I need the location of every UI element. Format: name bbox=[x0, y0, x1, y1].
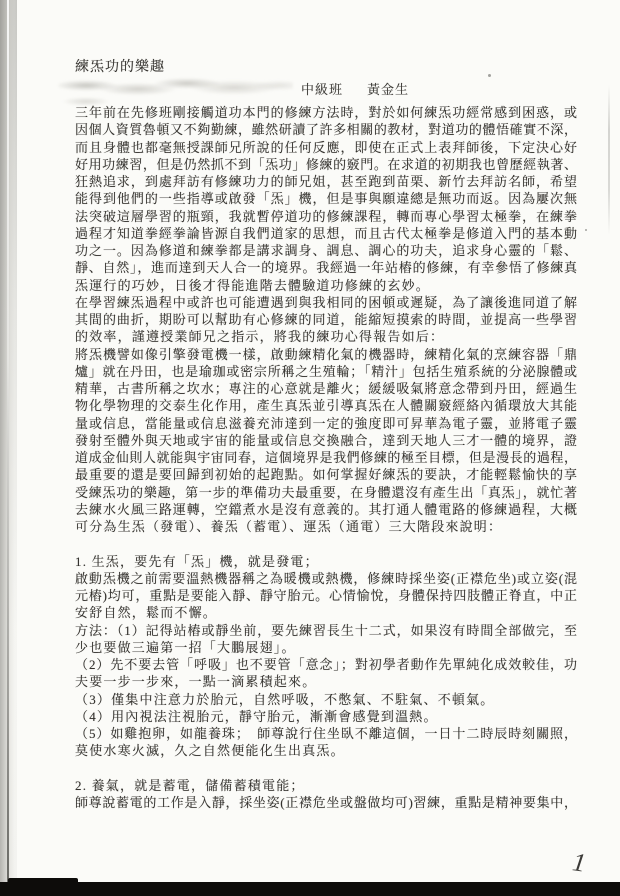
scan-speck bbox=[488, 74, 491, 77]
byline-author: 黃金生 bbox=[367, 79, 409, 98]
body-line: 其間的曲折，期盼可以幫助有心修練的同道，能縮短摸索的時間，並提高一些學習 bbox=[75, 311, 577, 328]
body-line: 去練水火風三路運轉，空鐺煮水是沒有意義的。其打通人體電路的修練過程，大概 bbox=[75, 501, 577, 518]
body-line: 物化學物理的交泰生化作用，產生真炁並引導真炁在人體關竅經絡內循環放大其能 bbox=[75, 397, 577, 414]
scanned-document-page: 練炁功的樂趣 中級班 黃金生 三年前在先修班剛接觸道功本門的修練方法時，對於如何… bbox=[0, 0, 620, 896]
body-line: 師尊說蓄電的工作是入靜，採坐姿(正襟危坐或盤做均可)習練，重點是精神要集中， bbox=[75, 794, 577, 811]
body-line: 莫使水寒火滅，久之自然便能化生出真炁。 bbox=[75, 742, 577, 759]
body-line: 元樁)均可，重點是要能入靜、靜守胎元。心情愉悅，身體保持四肢體正脊直，中正 bbox=[75, 587, 577, 604]
body-line: 精華，古書所稱之坎水；專注的心意就是離火；緩緩吸氣將意念帶到丹田，經過生 bbox=[75, 380, 577, 397]
body-line: 因個人資質魯頓又不夠勤練，雖然研讀了許多相關的教材，對道功的體悟確實不深， bbox=[75, 121, 577, 138]
body-line: 在學習練炁過程中或許也可能遭遇到與我相同的困頓或遲疑，為了讓後進同道了解 bbox=[75, 294, 577, 311]
body-line: 安舒自然，鬆而不懈。 bbox=[75, 604, 577, 621]
body-line: 夫要一步一步來，一點一滴累積起來。 bbox=[75, 673, 577, 690]
body-line: 將炁機譬如像引擎發電機一樣，啟動練精化氣的機器時，練精化氣的烹練容器「鼎 bbox=[75, 346, 577, 363]
body-line: 功之一。因為修道和練拳都是講求調身、調息、調心的功夫，追求身心靈的「鬆、 bbox=[75, 242, 577, 259]
body-line: （3）僅集中注意力於胎元，自然呼吸，不憋氣、不駐氣、不頓氣。 bbox=[75, 691, 577, 708]
body-line: （2）先不要去管「呼吸」也不要管「意念」；對初學者動作先單純化成效較佳，功 bbox=[75, 656, 577, 673]
body-line: 方法：（1）記得站樁或靜坐前，要先練習長生十二式，如果沒有時間全部做完，至 bbox=[75, 622, 577, 639]
body-line: 好用功練習，但是仍然抓不到「炁功」修練的竅門。在求道的初期我也曾歷經執著、 bbox=[75, 156, 577, 173]
body-line: 能得到他們的一些指導或啟發「炁」機，但是事與願違總是無功而返。因為屢次無 bbox=[75, 190, 577, 207]
body-line: 少也要做三遍第一招「大鵬展翅」。 bbox=[75, 639, 577, 656]
body-line: 可分為生炁（發電）、養炁（蓄電）、運炁（通電）三大階段來說明： bbox=[75, 518, 577, 535]
scan-bottom-bar bbox=[0, 882, 620, 896]
body-line bbox=[75, 535, 577, 552]
body-line: 最重要的還是要回歸到初始的起跑點。如何掌握好練炁的要訣，才能輕鬆愉快的享 bbox=[75, 466, 577, 483]
handwritten-page-number: 1 bbox=[566, 847, 592, 880]
body-line: 量或信息，當能量或信息滋養充沛達到一定的強度即可昇華為電子靈，並將電子靈 bbox=[75, 415, 577, 432]
scan-streak bbox=[608, 85, 610, 235]
body-line: 三年前在先修班剛接觸道功本門的修練方法時，對於如何練炁功經常感到困惑，或 bbox=[75, 104, 577, 121]
body-line: 狂熱追求，到處拜訪有修練功力的師兄姐，甚至跑到苗栗、新竹去拜訪名師，希望 bbox=[75, 173, 577, 190]
body-line: 靜、自然」，進而達到天人合一的境界。我經過一年站樁的修練，有幸參悟了修練真 bbox=[75, 259, 577, 276]
body-line: 受練炁功的樂趣，第一步的準備功夫最重要，在身體還沒有產生出「真炁」，就忙著 bbox=[75, 484, 577, 501]
body-line: 道成金仙則人就能與宇宙同春，這個境界是我們修練的極至目標，但是漫長的過程， bbox=[75, 449, 577, 466]
body-line: 發射至體外與天地或宇宙的能量或信息交換融合，達到天地人三才一體的境界，證 bbox=[75, 432, 577, 449]
body-line: 炁運行的巧妙，日後才得能進階去體驗道功修練的玄妙。 bbox=[75, 277, 577, 294]
body-line bbox=[75, 760, 577, 777]
body-line: 啟動炁機之前需要溫熱機器稱之為暖機或熱機，修練時採坐姿(正襟危坐)或立姿(混 bbox=[75, 570, 577, 587]
byline: 中級班 黃金生 bbox=[0, 79, 620, 95]
body-line: 1. 生炁，要先有「炁」機，就是發電； bbox=[75, 553, 577, 570]
body-line: 過程才知道拳經拳論皆源自我們道家的思想，而且古代太極拳是修道入門的基本動 bbox=[75, 225, 577, 242]
body-line: 爐」就在丹田，也是瑜珈或密宗所稱之生殖輪；「精汁」包括生殖系統的分泌腺體或 bbox=[75, 363, 577, 380]
body-line: 2. 養氣，就是蓄電，儲備蓄積電能； bbox=[75, 777, 577, 794]
body-line: （4）用內視法注視胎元，靜守胎元，漸漸會感覺到溫熱。 bbox=[75, 708, 577, 725]
scan-speck bbox=[585, 229, 587, 231]
body-line: 而且身體也都毫無授課師兄所說的任何反應，即使在正式上表拜師後，下定決心好 bbox=[75, 139, 577, 156]
body-line: 法突破這層學習的瓶頸，我就暫停道功的修練課程，轉而專心學習太極拳，在練拳 bbox=[75, 208, 577, 225]
document-body: 三年前在先修班剛接觸道功本門的修練方法時，對於如何練炁功經常感到困惑，或因個人資… bbox=[75, 104, 577, 811]
body-line: （5）如雞抱卵，如龍養珠； 師尊說行住坐臥不離這個，一日十二時辰時刻關照， bbox=[75, 725, 577, 742]
document-title: 練炁功的樂趣 bbox=[75, 56, 165, 76]
body-line: 的效率，謹遵授業師兄之指示，將我的練功心得報告如后： bbox=[75, 328, 577, 345]
byline-class: 中級班 bbox=[301, 79, 343, 98]
scanner-edge-line bbox=[7, 0, 9, 896]
